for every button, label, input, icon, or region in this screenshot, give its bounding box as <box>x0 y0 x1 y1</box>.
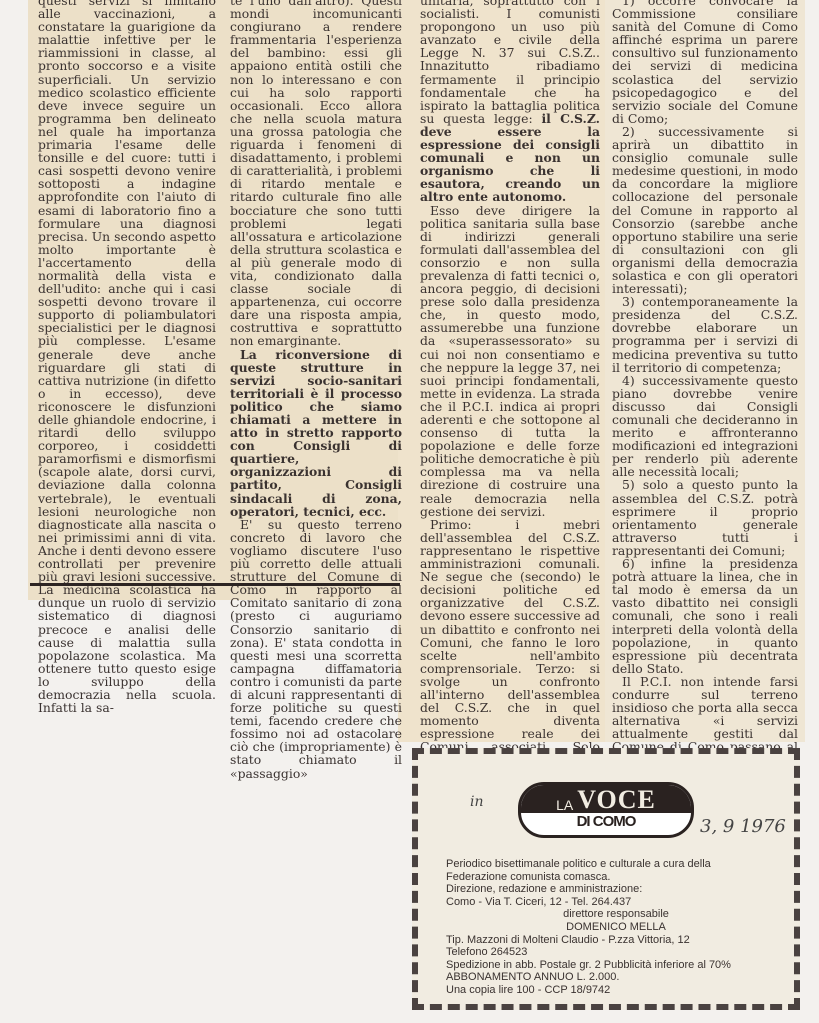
article-paragraph: questi servizi si limitano alle vaccinaz… <box>38 0 216 714</box>
article-paragraph: unitaria, soprattutto con i socialisti. … <box>420 0 600 204</box>
list-item: 4) successivamente questo piano dovrebbe… <box>612 374 798 479</box>
article-paragraph: Esso deve dirigere la politica sanitaria… <box>420 204 600 518</box>
article-column-4: 1) occorre convocare la Commissione cons… <box>612 0 798 858</box>
handwritten-mark: in <box>470 794 484 810</box>
logo-la: LA <box>556 797 573 813</box>
list-item: 1) occorre convocare la Commissione cons… <box>612 0 798 125</box>
masthead-box: in LA VOCE DI COMO 3, 9 1976 Periodico b… <box>412 748 800 1010</box>
director-label: direttore responsabile <box>446 908 786 921</box>
list-item: 2) successivamente si aprirà un dibattit… <box>612 125 798 295</box>
director-name: DOMENICO MELLA <box>446 921 786 934</box>
article-column-2: te l'uno dall'altro). Questi mondi incom… <box>230 0 402 780</box>
handwritten-date: 3, 9 1976 <box>700 816 786 837</box>
list-item: 5) solo a questo punto la assemblea del … <box>612 478 798 557</box>
column-rule <box>30 583 400 586</box>
newspaper-logo: LA VOCE DI COMO <box>518 782 694 838</box>
list-item: 6) infine la presidenza potrà attuare la… <box>612 557 798 675</box>
article-column-1: questi servizi si limitano alle vaccinaz… <box>38 0 216 714</box>
list-item: 3) contemporaneamente la presidenza del … <box>612 295 798 374</box>
logo-dicomo: DI COMO <box>521 813 691 830</box>
article-bold-paragraph: La riconversione di queste strutture in … <box>230 348 402 518</box>
masthead-info: Periodico bisettimanale politico e cultu… <box>446 858 786 997</box>
logo-voce: VOCE <box>577 787 656 813</box>
article-paragraph: te l'uno dall'altro). Questi mondi incom… <box>230 0 402 348</box>
emphasis-text: il C.S.Z. deve essere la espressione dei… <box>420 111 600 205</box>
article-paragraph: E' su questo terreno concreto di lavoro … <box>230 518 402 780</box>
